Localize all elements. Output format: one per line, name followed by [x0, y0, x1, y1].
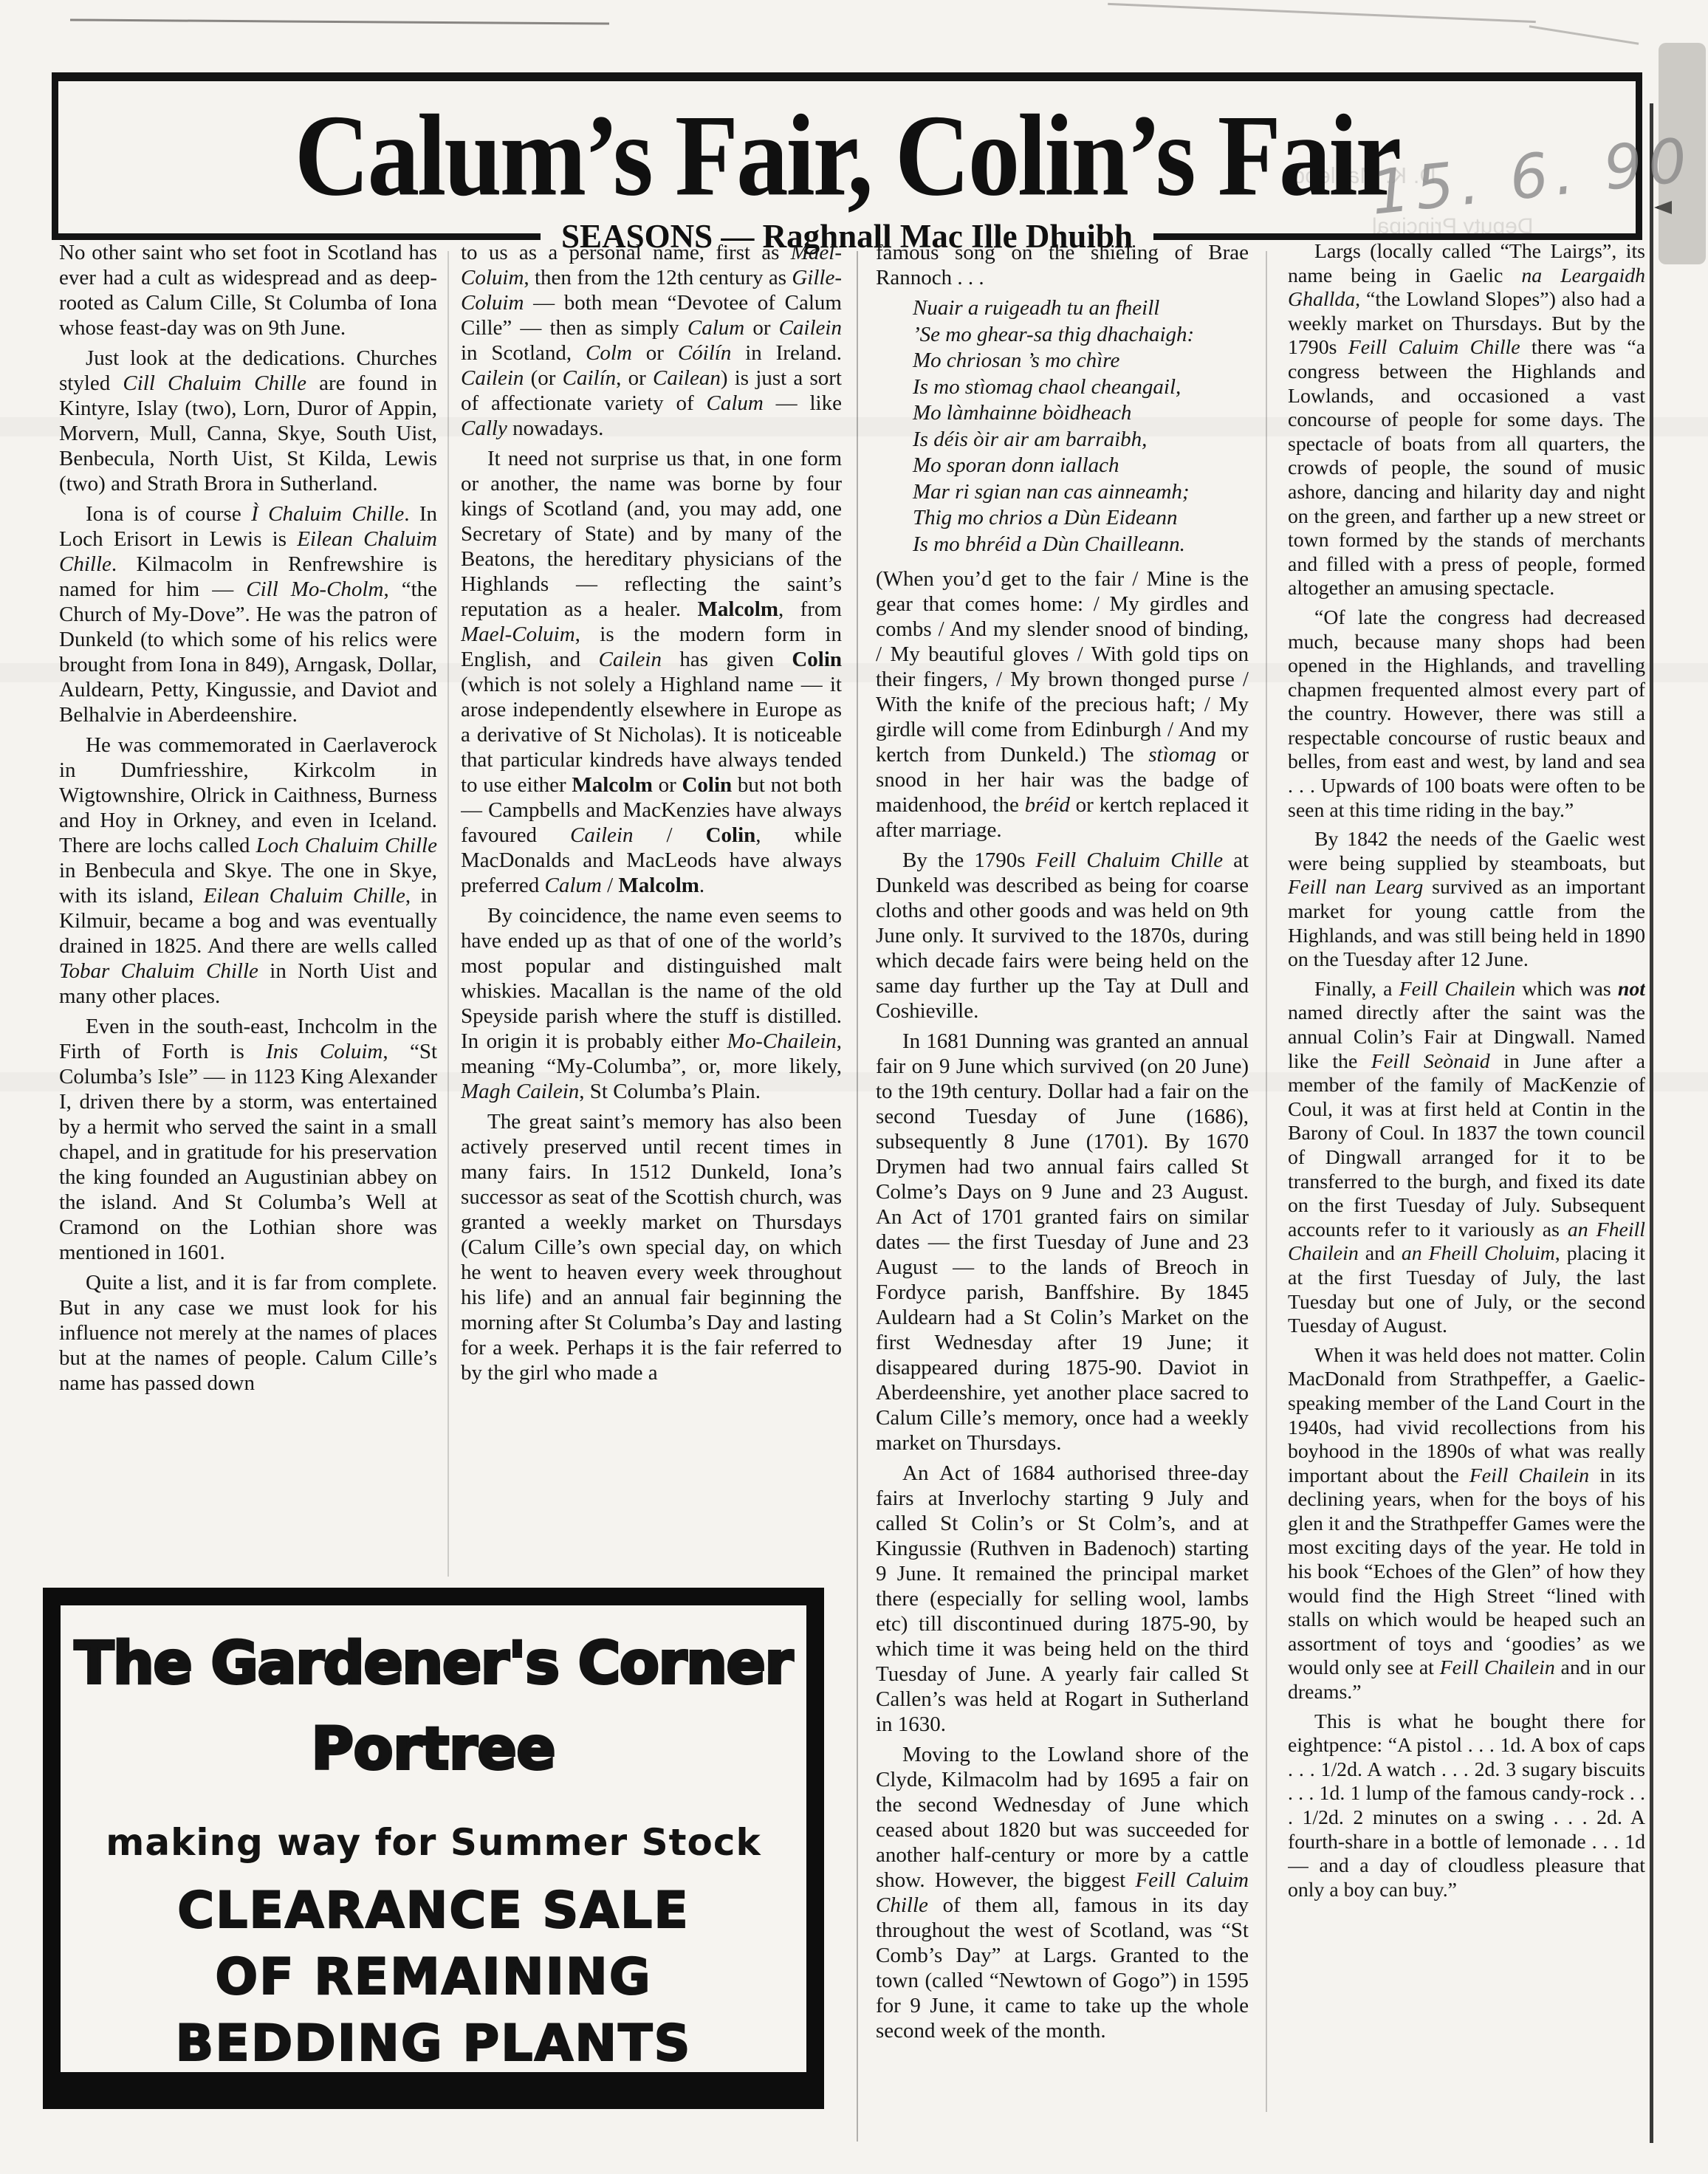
- paragraph: It need not surprise us that, in one for…: [461, 446, 842, 898]
- column-rule: [447, 251, 449, 1577]
- article-column-3: famous song on the shieling of Brae Rann…: [876, 240, 1249, 2138]
- scan-edge-line: [1650, 103, 1653, 2143]
- paragraph: He was commemorated in Caerlaverock in D…: [59, 733, 437, 1009]
- column-rule: [857, 251, 858, 2142]
- paragraph: No other saint who set foot in Scotland …: [59, 240, 437, 340]
- paragraph: Just look at the dedications. Churches s…: [59, 346, 437, 496]
- advert-sale-line: BEDDING PLANTS: [176, 2016, 692, 2072]
- gardeners-corner-advert: The Gardener's Corner Portree making way…: [43, 1588, 824, 2109]
- paragraph: Iona is of course Ì Chaluim Chille. In L…: [59, 501, 437, 727]
- paragraph: By the 1790s Feill Chaluim Chille at Dun…: [876, 848, 1249, 1023]
- article-column-4: Largs (locally called “The Lairgs”, its …: [1288, 240, 1645, 2138]
- paragraph: By coincidence, the name even seems to h…: [461, 903, 842, 1104]
- paragraph: Quite a list, and it is far from complet…: [59, 1270, 437, 1396]
- paragraph: Largs (locally called “The Lairgs”, its …: [1288, 240, 1645, 601]
- paragraph: “Of late the congress had decreased much…: [1288, 606, 1645, 823]
- paper-tear-line: [70, 18, 609, 24]
- paragraph: to us as a personal name, first as Mael-…: [461, 240, 842, 441]
- paragraph: An Act of 1684 authorised three-day fair…: [876, 1461, 1249, 1737]
- paper-tear-line: [1108, 3, 1536, 23]
- paragraph: When it was held does not matter. Colin …: [1288, 1344, 1645, 1705]
- paragraph: famous song on the shieling of Brae Rann…: [876, 240, 1249, 290]
- article-column-1: No other saint who set foot in Scotland …: [59, 240, 437, 1578]
- byline-rule-right: [1153, 233, 1642, 240]
- paragraph: Even in the south-east, Inchcolm in the …: [59, 1014, 437, 1265]
- byline-rule-left: [52, 233, 541, 240]
- paper-tear-line: [1529, 25, 1639, 44]
- paragraph: In 1681 Dunning was granted an annual fa…: [876, 1029, 1249, 1455]
- paragraph: Moving to the Lowland shore of the Clyde…: [876, 1742, 1249, 2043]
- advert-title: The Gardener's Corner: [75, 1630, 792, 1697]
- paragraph: This is what he bought there for eightpe…: [1288, 1710, 1645, 1903]
- paragraph: By 1842 the needs of the Gaelic west wer…: [1288, 828, 1645, 973]
- advert-subtitle: making way for Summer Stock: [106, 1821, 761, 1864]
- paragraph: (When you’d get to the fair / Mine is th…: [876, 566, 1249, 843]
- article-column-2: to us as a personal name, first as Mael-…: [461, 240, 842, 1578]
- advert-location: Portree: [312, 1716, 556, 1783]
- advert-sale-line: OF REMAINING: [215, 1950, 651, 2006]
- newspaper-page: D. K. Macleod Deputy Principal Director …: [0, 0, 1708, 2174]
- gaelic-poem: Nuair a ruigeadh tu an fheill’Se mo ghea…: [913, 295, 1249, 558]
- paragraph: The great saint’s memory has also been a…: [461, 1109, 842, 1385]
- column-rule: [1266, 251, 1267, 2112]
- advert-sale-line: CLEARANCE SALE: [177, 1883, 690, 1939]
- paragraph: Finally, a Feill Chailein which was not …: [1288, 978, 1645, 1339]
